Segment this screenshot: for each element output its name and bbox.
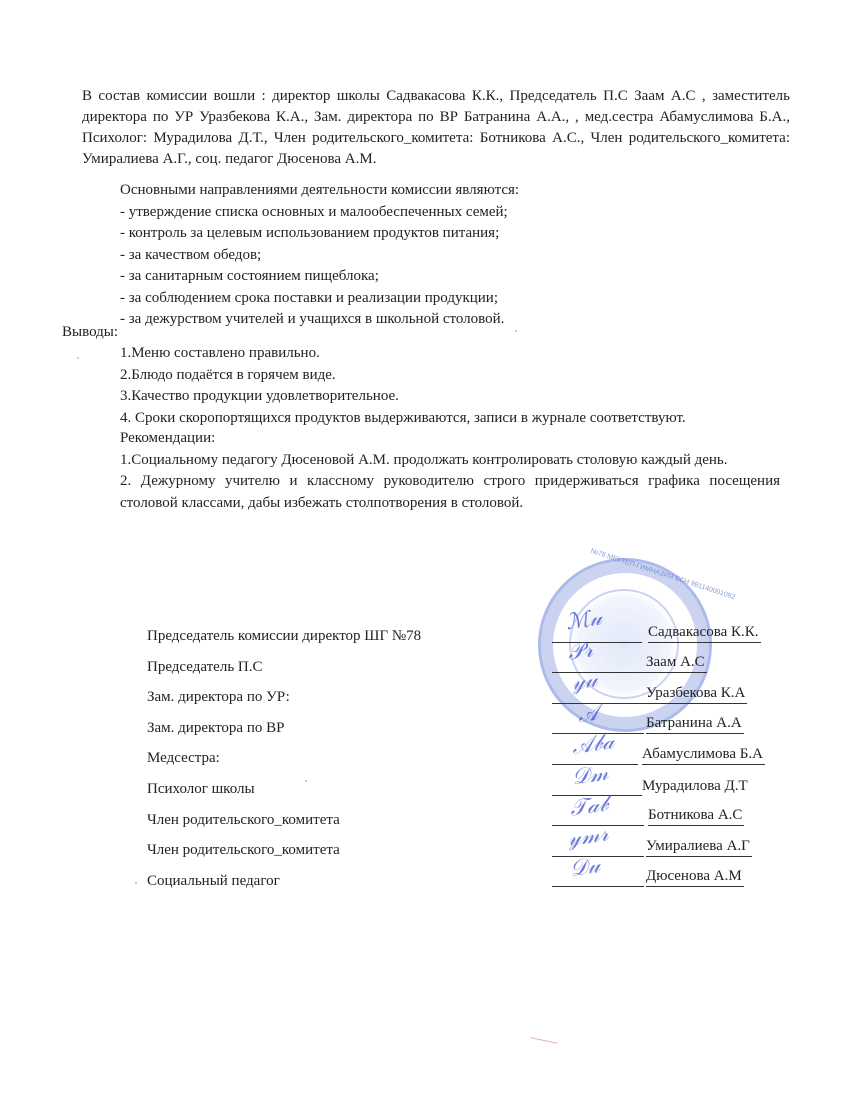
conclusion-item: 2.Блюдо подаётся в горячем виде. <box>120 365 790 387</box>
signature-role: Медсестра: <box>147 748 477 779</box>
direction-item: - за качеством обедов; <box>120 245 780 267</box>
signature-name: Батранина А.А <box>646 713 744 734</box>
recommendation-item: 1.Социальному педагогу Дюсеновой А.М. пр… <box>120 450 780 472</box>
signature-name: Дюсенова А.М <box>646 866 744 887</box>
scan-speck <box>515 330 517 332</box>
conclusions-list: 1.Меню составлено правильно. 2.Блюдо под… <box>120 343 790 429</box>
signature-role: Зам. директора по УР: <box>147 687 477 718</box>
signature-name: Мурадилова Д.Т <box>642 776 750 796</box>
signature-line <box>552 672 646 673</box>
signature-role: Зам. директора по ВР <box>147 718 477 749</box>
conclusion-item: 4. Сроки скоропортящихся продуктов выдер… <box>120 408 790 430</box>
signature-role: Председатель комиссии директор ШГ №78 <box>147 626 477 657</box>
handwritten-signature-icon: 𝒜𝒷𝒶 <box>571 732 616 760</box>
handwritten-signature-icon: 𝒯𝒶𝒷 <box>569 793 610 820</box>
conclusion-item: 1.Меню составлено правильно. <box>120 343 790 365</box>
direction-item: - утверждение списка основных и малообес… <box>120 202 780 224</box>
conclusion-item: 3.Качество продукции удовлетворительное. <box>120 386 790 408</box>
signature-role: Член родительского_комитета <box>147 840 477 871</box>
scan-speck <box>135 882 137 884</box>
intro-text: В состав комиссии вошли : директор школы… <box>82 86 790 170</box>
conclusions-title: Выводы: <box>62 322 118 343</box>
signature-names: ℳ𝓊 Садвакасова К.К. 𝒫𝓇 Заам А.С 𝓎𝓊 Уразб… <box>552 616 792 891</box>
scanned-document-page: В состав комиссии вошли : директор школы… <box>0 0 850 1100</box>
signature-role: Член родительского_комитета <box>147 810 477 841</box>
signature-line <box>552 703 646 704</box>
commission-members-paragraph: В состав комиссии вошли : директор школы… <box>82 86 790 170</box>
direction-item: - контроль за целевым использованием про… <box>120 223 780 245</box>
signature-role: Председатель П.С <box>147 657 477 688</box>
handwritten-signature-icon: 𝒟𝓊 <box>569 855 602 881</box>
direction-item: - за дежурством учителей и учащихся в шк… <box>120 309 780 331</box>
directions-section: Основными направлениями деятельности ком… <box>120 180 780 331</box>
signature-roles: Председатель комиссии директор ШГ №78 Пр… <box>147 626 477 901</box>
recommendations-title: Рекомендации: <box>120 428 780 450</box>
signature-name: Ботникова А.С <box>648 805 744 826</box>
handwritten-signature-icon: 𝒟𝓂 <box>571 763 610 790</box>
recommendation-item: 2. Дежурному учителю и классному руковод… <box>120 471 780 514</box>
handwritten-signature-icon: 𝒫𝓇 <box>567 639 595 664</box>
signature-name: Умиралиева А.Г <box>646 836 752 857</box>
handwritten-signature-icon: 𝓎𝓂𝓇 <box>567 823 610 850</box>
handwritten-signature-icon: ℳ𝓊 <box>565 608 604 635</box>
signature-role: Психолог школы <box>147 779 477 810</box>
directions-title: Основными направлениями деятельности ком… <box>120 180 780 202</box>
handwritten-signature-icon: 𝓎𝓊 <box>571 670 599 695</box>
signature-name: Садвакасова К.К. <box>648 622 761 643</box>
handwritten-signature-icon: 𝒜 <box>577 702 601 727</box>
direction-item: - за санитарным состоянием пищеблока; <box>120 266 780 288</box>
recommendations-section: Рекомендации: 1.Социальному педагогу Дюс… <box>120 428 780 514</box>
signature-name: Заам А.С <box>646 652 707 673</box>
signature-role: Социальный педагог <box>147 871 477 902</box>
signature-name: Уразбекова К.А <box>646 683 747 704</box>
scan-speck <box>305 780 307 782</box>
scan-speck <box>77 357 79 359</box>
signature-line <box>552 886 644 887</box>
signature-name: Абамуслимова Б.А <box>642 744 765 765</box>
scan-mark <box>530 1037 558 1044</box>
direction-item: - за соблюдением срока поставки и реализ… <box>120 288 780 310</box>
signature-row: 𝒟𝓊 Дюсенова А.М <box>552 861 792 892</box>
